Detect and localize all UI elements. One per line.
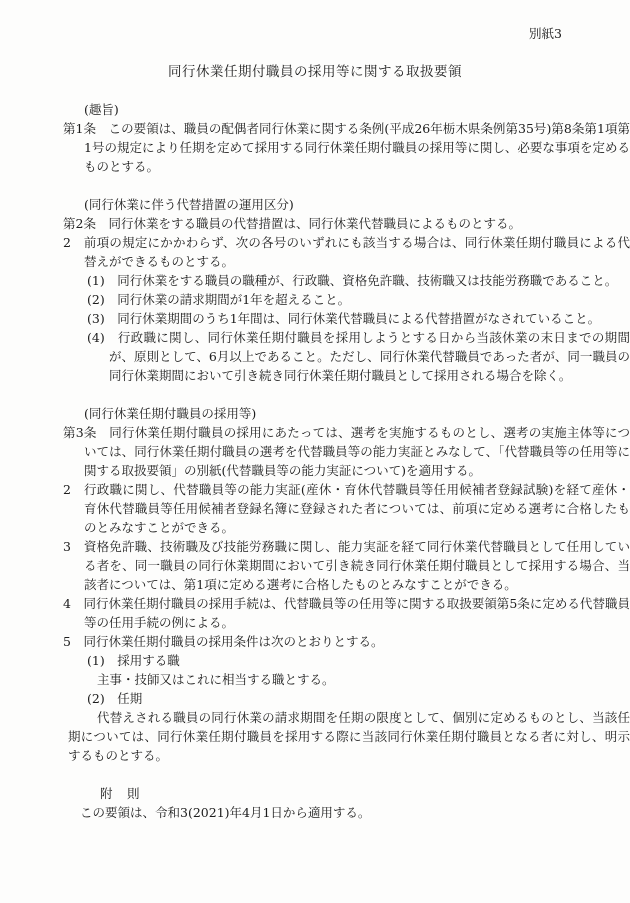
numbered-paragraph: 4 同行休業任期付職員の採用手続は、代替職員等の任用等に関する取扱要領第5条に定… <box>63 594 630 632</box>
item-paragraph: (1) 同行休業をする職員の職種が、行政職、資格免許職、技術職又は技能労務職であ… <box>63 271 630 290</box>
article-paragraph: 第1条 この要領は、職員の配偶者同行休業に関する条例(平成26年栃木県条例第35… <box>63 119 630 176</box>
document-body: (趣旨)第1条 この要領は、職員の配偶者同行休業に関する条例(平成26年栃木県条… <box>0 100 630 822</box>
blank-line <box>0 765 630 784</box>
item-paragraph: (3) 同行休業期間のうち1年間は、同行休業代替職員による代替措置がなされている… <box>63 309 630 328</box>
supplementary-provision-heading: 附 則 <box>100 784 630 803</box>
numbered-paragraph: 2 行政職に関し、代替職員等の能力実証(産休・育休代替職員等任用候補者登録試験)… <box>63 480 630 537</box>
blank-line <box>0 385 630 404</box>
document-page: 別紙3 同行休業任期付職員の採用等に関する取扱要領 (趣旨)第1条 この要領は、… <box>0 0 630 903</box>
sub-paragraph: 主事・技師又はこれに相当する職とする。 <box>68 670 630 689</box>
sub-paragraph: 代替えされる職員の同行休業の請求期間を任期の限度として、個別に定めるものとし、当… <box>68 708 630 765</box>
section-heading: (同行休業に伴う代替措置の運用区分) <box>84 195 630 214</box>
blank-line <box>0 176 630 195</box>
numbered-paragraph: 5 同行休業任期付職員の採用条件は次のとおりとする。 <box>63 632 630 651</box>
supplementary-provision-paragraph: この要領は、令和3(2021)年4月1日から適用する。 <box>80 803 630 822</box>
item-paragraph: (4) 行政職に関し、同行休業任期付職員を採用しようとする日から当該休業の末日ま… <box>63 328 630 385</box>
item-paragraph: (2) 任期 <box>63 689 630 708</box>
item-paragraph: (2) 同行休業の請求期間が1年を超えること。 <box>63 290 630 309</box>
numbered-paragraph: 2 前項の規定にかかわらず、次の各号のいずれにも該当する場合は、同行休業任期付職… <box>63 233 630 271</box>
page-title: 同行休業任期付職員の採用等に関する取扱要領 <box>0 63 630 82</box>
numbered-paragraph: 3 資格免許職、技術職及び技能労務職に関し、能力実証を経て同行休業代替職員として… <box>63 537 630 594</box>
section-heading: (同行休業任期付職員の採用等) <box>84 404 630 423</box>
section-heading: (趣旨) <box>84 100 630 119</box>
attachment-tag: 別紙3 <box>0 24 630 43</box>
article-paragraph: 第2条 同行休業をする職員の代替措置は、同行休業代替職員によるものとする。 <box>63 214 630 233</box>
article-paragraph: 第3条 同行休業任期付職員の採用にあたっては、選考を実施するものとし、選考の実施… <box>63 423 630 480</box>
item-paragraph: (1) 採用する職 <box>63 651 630 670</box>
